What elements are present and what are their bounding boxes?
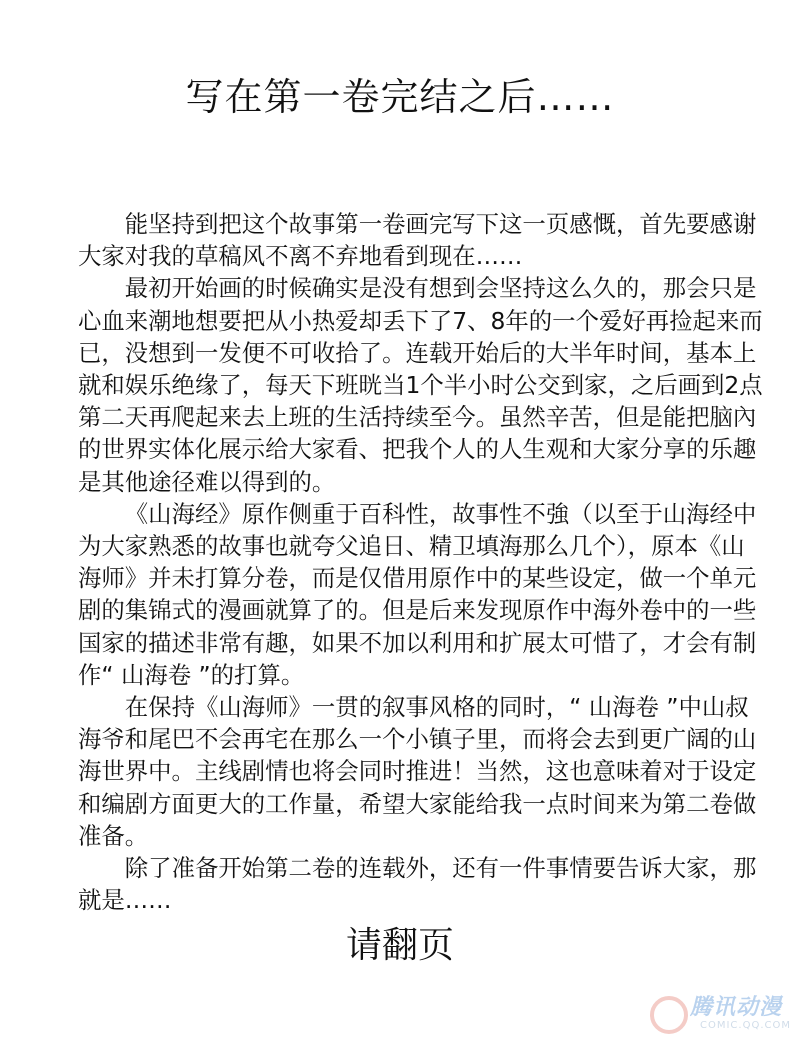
text-line: 能坚持到把这个故事第一卷画完写下这一页感慨，首先要感谢 (78, 208, 730, 240)
watermark-text: 腾讯动漫 (690, 990, 782, 1021)
text-line: 准备。 (78, 820, 730, 852)
text-line: 最初开始画的时候确实是没有想到会坚持这么久的，那会只是 (78, 272, 730, 304)
text-line: 除了准备开始第二卷的连载外，还有一件事情要告诉大家，那 (78, 852, 730, 884)
watermark: 腾讯动漫 COMIC.QQ.COM (650, 990, 790, 1040)
qq-logo-icon (650, 996, 688, 1034)
turn-page-label: 请翻页 (0, 922, 800, 970)
watermark-url: COMIC.QQ.COM (700, 1020, 791, 1031)
text-line: 的世界实体化展示给大家看、把我个人的人生观和大家分享的乐趣 (78, 433, 730, 465)
text-line: 已，没想到一发便不可收拾了。连载开始后的大半年时间，基本上 (78, 337, 730, 369)
text-line: 海师》并未打算分卷，而是仅借用原作中的某些设定，做一个单元 (78, 562, 730, 594)
text-line: 海爷和尾巴不会再宅在那么一个小镇子里，而将会去到更广阔的山 (78, 723, 730, 755)
text-line: 就和娱乐绝缘了，每天下班晄当1个半小时公交到家，之后画到2点 (78, 369, 730, 401)
text-line: 大家对我的草稿风不离不弃地看到现在…… (78, 240, 730, 272)
body-text: 能坚持到把这个故事第一卷画完写下这一页感慨，首先要感谢 大家对我的草稿风不离不弃… (78, 208, 730, 916)
paragraph-1: 能坚持到把这个故事第一卷画完写下这一页感慨，首先要感谢 大家对我的草稿风不离不弃… (78, 208, 730, 272)
text-line: 就是…… (78, 884, 730, 916)
text-line: 是其他途径难以得到的。 (78, 466, 730, 498)
text-line: 国家的描述非常有趣，如果不加以利用和扩展太可惜了，才会有制 (78, 627, 730, 659)
paragraph-5: 除了准备开始第二卷的连载外，还有一件事情要告诉大家，那 就是…… (78, 852, 730, 916)
page-title: 写在第一卷完结之后…… (0, 72, 800, 122)
paragraph-3: 《山海经》原作侧重于百科性，故事性不強（以至于山海经中 为大家熟悉的故事也就夸父… (78, 498, 730, 691)
text-line: 第二天再爬起来去上班的生活持续至今。虽然辛苦，但是能把脑內 (78, 401, 730, 433)
text-line: 为大家熟悉的故事也就夸父追日、精卫填海那么几个），原本《山 (78, 530, 730, 562)
text-line: 心血来潮地想要把从小热爱却丢下了7、8年的一个爱好再捡起来而 (78, 305, 730, 337)
paragraph-2: 最初开始画的时候确实是没有想到会坚持这么久的，那会只是 心血来潮地想要把从小热爱… (78, 272, 730, 497)
text-line: 剧的集锦式的漫画就算了的。但是后来发现原作中海外卷中的一些 (78, 594, 730, 626)
text-line: 《山海经》原作侧重于百科性，故事性不強（以至于山海经中 (78, 498, 730, 530)
text-line: 作“ 山海卷 ”的打算。 (78, 659, 730, 691)
paragraph-4: 在保持《山海师》一贯的叙事风格的同时，“ 山海卷 ”中山叔 海爷和尾巴不会再宅在… (78, 691, 730, 852)
text-line: 和编剧方面更大的工作量，希望大家能给我一点时间来为第二卷做 (78, 788, 730, 820)
text-line: 在保持《山海师》一贯的叙事风格的同时，“ 山海卷 ”中山叔 (78, 691, 730, 723)
text-line: 海世界中。主线剧情也将会同时推进！当然，这也意味着对于设定 (78, 755, 730, 787)
